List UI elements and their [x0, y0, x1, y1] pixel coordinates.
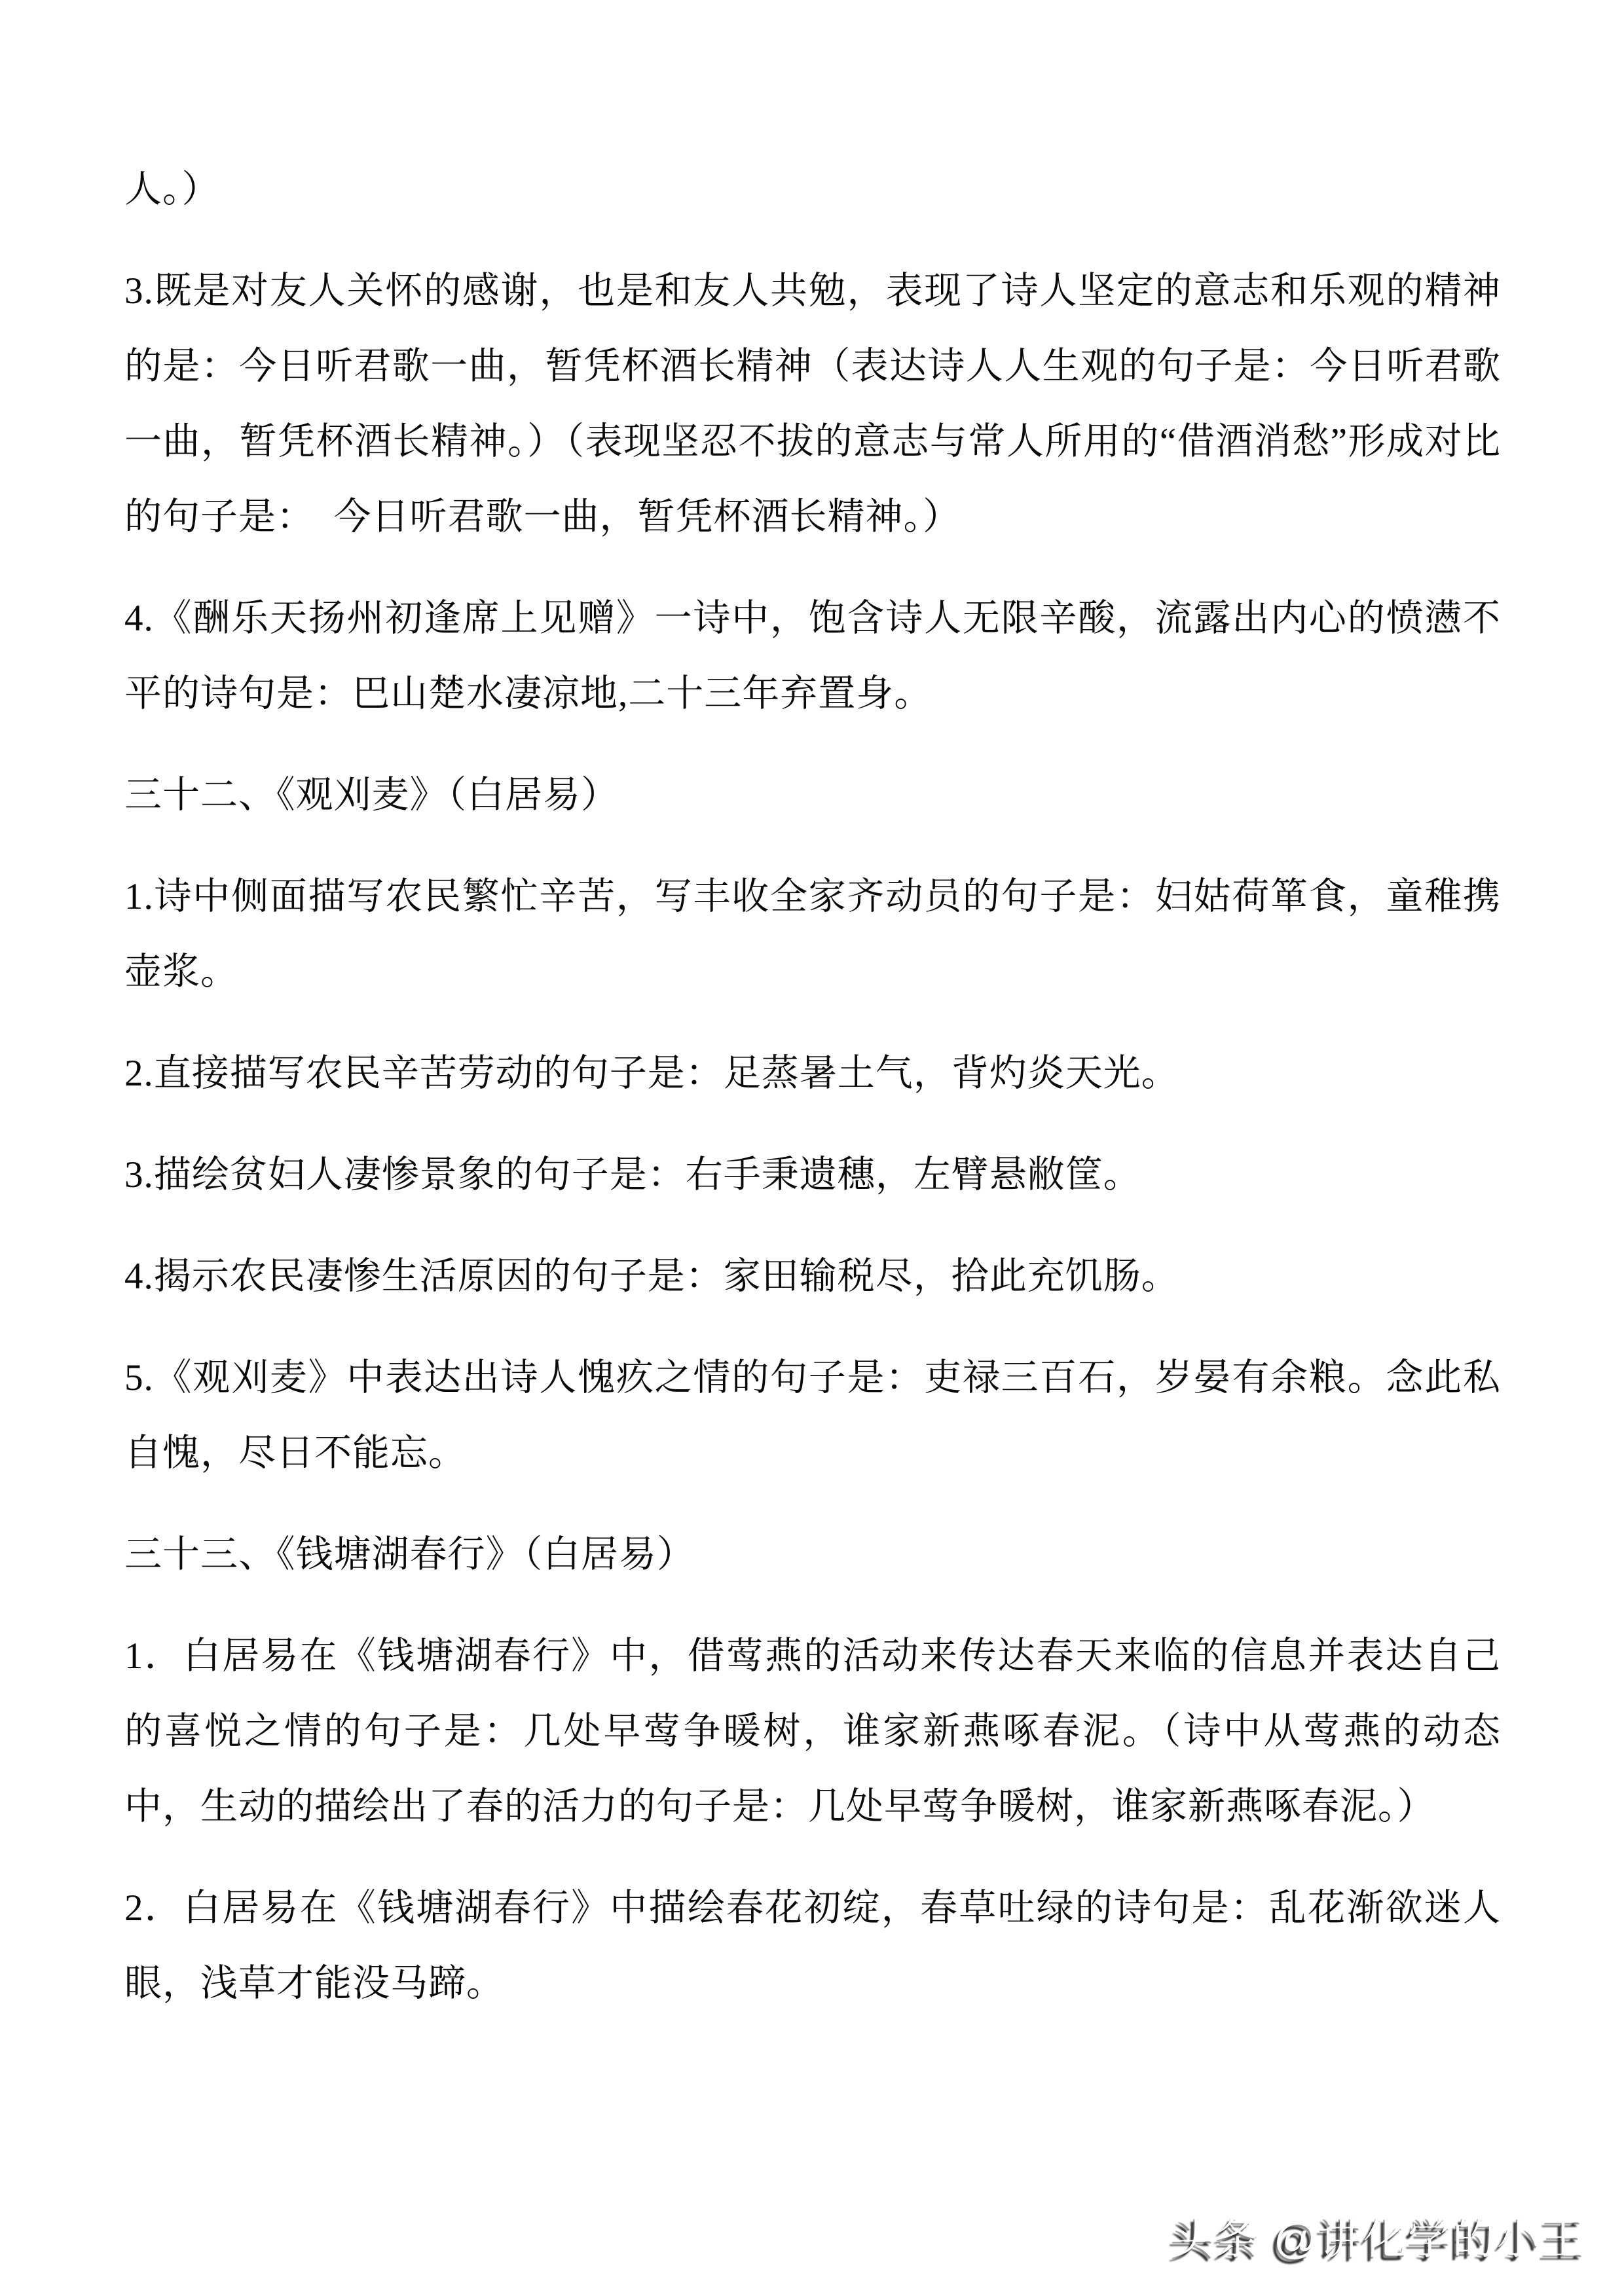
paragraph-continuation: 人。）	[124, 152, 1501, 227]
section-heading-33: 三十三、《钱塘湖春行》（白居易）	[124, 1517, 1501, 1592]
paragraph-32-item-2: 2.直接描写农民辛苦劳动的句子是：足蒸暑土气，背灼炎天光。	[124, 1036, 1501, 1111]
document-page: 人。） 3.既是对友人关怀的感谢，也是和友人共勉，表现了诗人坚定的意志和乐观的精…	[0, 0, 1624, 2296]
paragraph-item-3: 3.既是对友人关怀的感谢，也是和友人共勉，表现了诗人坚定的意志和乐观的精神的是：…	[124, 253, 1501, 555]
paragraph-33-item-2: 2．白居易在《钱塘湖春行》中描绘春花初绽，春草吐绿的诗句是：乱花渐欲迷人眼，浅草…	[124, 1870, 1501, 2021]
paragraph-32-item-4: 4.揭示农民凄惨生活原因的句子是：家田输税尽，拾此充饥肠。	[124, 1239, 1501, 1314]
section-heading-32: 三十二、《观刈麦》（白居易）	[124, 757, 1501, 833]
paragraph-32-item-5: 5.《观刈麦》中表达出诗人愧疚之情的句子是：吏禄三百石，岁晏有余粮。念此私自愧，…	[124, 1340, 1501, 1491]
paragraph-32-item-3: 3.描绘贫妇人凄惨景象的句子是：右手秉遗穗，左臂悬敝筐。	[124, 1137, 1501, 1212]
paragraph-item-4: 4.《酬乐天扬州初逢席上见赠》一诗中，饱含诗人无限辛酸，流露出内心的愤懑不平的诗…	[124, 581, 1501, 731]
paragraph-33-item-1: 1．白居易在《钱塘湖春行》中，借莺燕的活动来传达春天来临的信息并表达自己的喜悦之…	[124, 1618, 1501, 1844]
toutiao-watermark: 头条 @讲化学的小王	[1172, 2204, 1586, 2266]
paragraph-32-item-1: 1.诗中侧面描写农民繁忙辛苦，写丰收全家齐动员的句子是：妇姑荷箪食，童稚携壶浆。	[124, 859, 1501, 1010]
